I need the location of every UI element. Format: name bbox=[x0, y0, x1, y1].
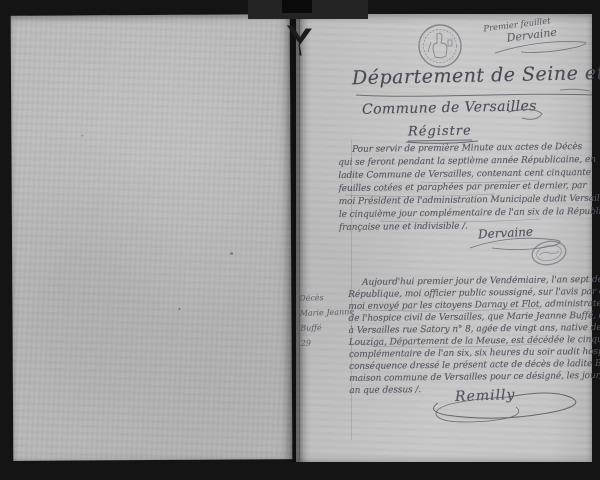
binding-top-notch bbox=[282, 0, 312, 13]
margin-note-line: 29 bbox=[301, 334, 353, 351]
president-signature: Dervaine bbox=[478, 225, 534, 242]
paper-speck bbox=[81, 135, 83, 136]
paper-texture bbox=[11, 14, 293, 461]
paper-speck bbox=[230, 253, 233, 255]
fold-line bbox=[299, 16, 300, 460]
death-act-paragraph: Aujourd'hui premier jour de Vendémiaire,… bbox=[348, 273, 600, 397]
preamble-paragraph: Pour servir de première Minute aux actes… bbox=[338, 141, 600, 235]
binding-gutter bbox=[282, 14, 308, 462]
register-heading: Régistre bbox=[408, 123, 472, 141]
officer-signature: Remilly bbox=[455, 387, 516, 405]
margin-note: Décès Marie Jeanne Buffé 29 bbox=[299, 289, 353, 351]
paper-speck bbox=[178, 308, 180, 310]
left-page bbox=[11, 14, 293, 461]
margin-note-line: Marie Jeanne bbox=[299, 304, 351, 321]
scanned-register-page: Premier feuillet Dervaine Département de… bbox=[0, 0, 600, 480]
